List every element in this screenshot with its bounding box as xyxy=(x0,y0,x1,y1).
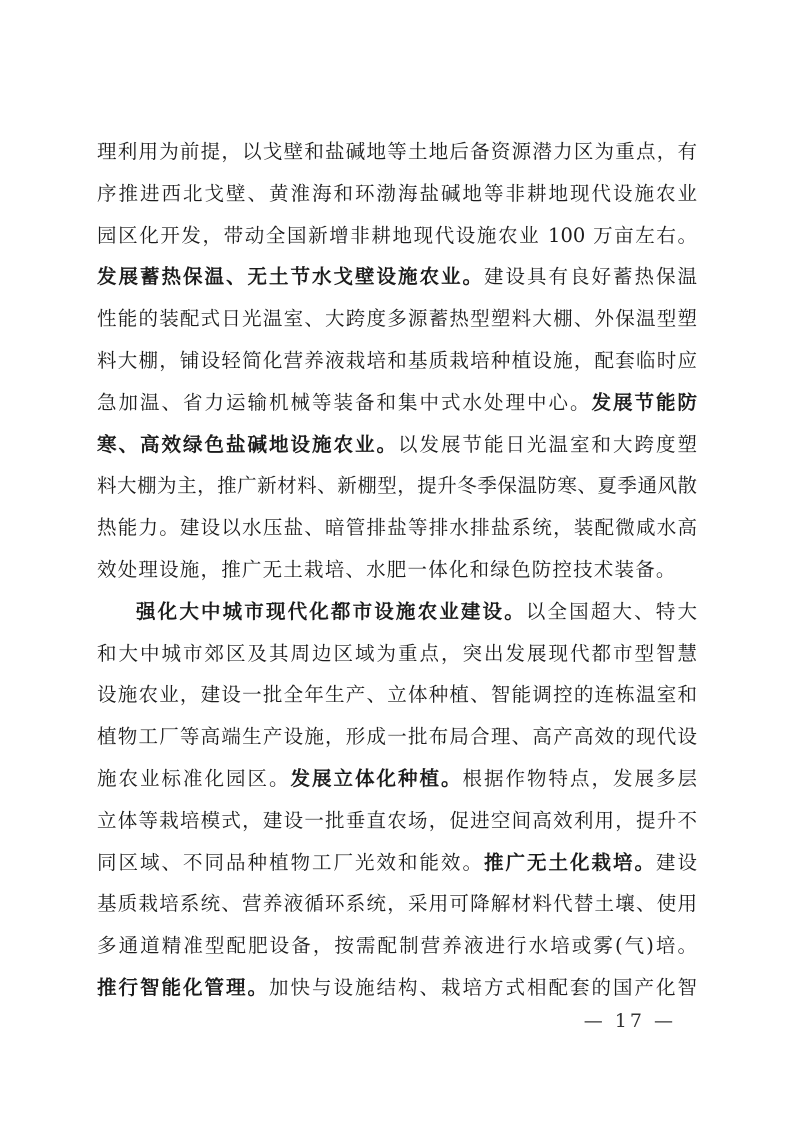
page-number-label: — 17 — xyxy=(584,1010,676,1032)
text-line: 施农业标准化园区。发展立体化种植。根据作物特点，发展多层 xyxy=(97,758,697,800)
body-text-segment: 以全国超大、特大 xyxy=(526,600,697,623)
body-text-segment: 和大中城市郊区及其周边区域为重点，突出发展现代都市型智慧 xyxy=(97,642,697,665)
body-text-segment: 建设 xyxy=(656,851,697,874)
text-line: 热能力。建设以水压盐、暗管排盐等排水排盐系统，装配微咸水高 xyxy=(97,507,697,549)
text-line: 强化大中城市现代化都市设施农业建设。以全国超大、特大 xyxy=(97,591,697,633)
text-line: 料大棚为主，推广新材料、新棚型，提升冬季保温防寒、夏季通风散 xyxy=(97,465,697,507)
body-text-segment: 以发展节能日光温室和大跨度塑 xyxy=(398,433,697,456)
text-line: 和大中城市郊区及其周边区域为重点，突出发展现代都市型智慧 xyxy=(97,633,697,675)
body-text-segment: 同区域、不同品种植物工厂光效和能效。 xyxy=(97,851,484,874)
body-text-segment: 热能力。建设以水压盐、暗管排盐等排水排盐系统，装配微咸水高 xyxy=(97,516,697,539)
document-page: 理利用为前提，以戈壁和盐碱地等土地后备资源潜力区为重点，有序推进西北戈壁、黄淮海… xyxy=(0,0,794,1123)
text-line: 性能的装配式日光温室、大跨度多源蓄热型塑料大棚、外保温型塑 xyxy=(97,298,697,340)
body-text-segment: 多通道精准型配肥设备，按需配制营养液进行水培或雾(气)培。 xyxy=(97,934,697,957)
body-text-segment: 序推进西北戈壁、黄淮海和环渤海盐碱地等非耕地现代设施农业 xyxy=(97,182,697,205)
text-line: 植物工厂等高端生产设施，形成一批布局合理、高产高效的现代设 xyxy=(97,716,697,758)
body-text-segment: 设施农业，建设一批全年生产、立体种植、智能调控的连栋温室和 xyxy=(97,683,697,706)
body-text-segment: 根据作物特点，发展多层 xyxy=(463,767,697,790)
body-text-segment: 效处理设施，推广无土栽培、水肥一体化和绿色防控技术装备。 xyxy=(97,558,677,581)
body-text-segment: 加快与设施结构、栽培方式相配套的国产化智 xyxy=(269,976,697,999)
emphasis-text-segment: 发展蓄热保温、无土节水戈壁设施农业。 xyxy=(97,265,484,288)
text-line: 料大棚，铺设轻简化营养液栽培和基质栽培种植设施，配套临时应 xyxy=(97,340,697,382)
emphasis-text-segment: 强化大中城市现代化都市设施农业建设。 xyxy=(136,600,526,623)
text-line: 设施农业，建设一批全年生产、立体种植、智能调控的连栋温室和 xyxy=(97,674,697,716)
emphasis-text-segment: 推广无土化栽培。 xyxy=(484,851,656,874)
emphasis-text-segment: 推行智能化管理。 xyxy=(97,976,269,999)
body-text-segment: 基质栽培系统、营养液循环系统，采用可降解材料代替土壤、使用 xyxy=(97,892,697,915)
body-text-segment: 植物工厂等高端生产设施，形成一批布局合理、高产高效的现代设 xyxy=(97,725,697,748)
body-text-segment: 立体等栽培模式，建设一批垂直农场，促进空间高效利用，提升不 xyxy=(97,809,697,832)
text-line: 效处理设施，推广无土栽培、水肥一体化和绿色防控技术装备。 xyxy=(97,549,697,591)
emphasis-text-segment: 发展立体化种植。 xyxy=(291,767,463,790)
body-text-segment: 性能的装配式日光温室、大跨度多源蓄热型塑料大棚、外保温型塑 xyxy=(97,307,697,330)
text-line: 发展蓄热保温、无土节水戈壁设施农业。建设具有良好蓄热保温 xyxy=(97,256,697,298)
text-line: 立体等栽培模式，建设一批垂直农场，促进空间高效利用，提升不 xyxy=(97,800,697,842)
body-text-segment: 急加温、省力运输机械等装备和集中式水处理中心。 xyxy=(97,391,591,414)
text-line: 序推进西北戈壁、黄淮海和环渤海盐碱地等非耕地现代设施农业 xyxy=(97,173,697,215)
body-text-block: 理利用为前提，以戈壁和盐碱地等土地后备资源潜力区为重点，有序推进西北戈壁、黄淮海… xyxy=(97,131,697,1009)
emphasis-text-segment: 发展节能防 xyxy=(591,391,697,414)
text-line: 理利用为前提，以戈壁和盐碱地等土地后备资源潜力区为重点，有 xyxy=(97,131,697,173)
page-number: — 17 — xyxy=(0,1010,794,1032)
body-text-segment: 理利用为前提，以戈壁和盐碱地等土地后备资源潜力区为重点，有 xyxy=(97,140,697,163)
text-line: 推行智能化管理。加快与设施结构、栽培方式相配套的国产化智 xyxy=(97,967,697,1009)
text-line: 多通道精准型配肥设备，按需配制营养液进行水培或雾(气)培。 xyxy=(97,925,697,967)
text-line: 基质栽培系统、营养液循环系统，采用可降解材料代替土壤、使用 xyxy=(97,883,697,925)
body-text-segment: 施农业标准化园区。 xyxy=(97,767,291,790)
text-line: 园区化开发，带动全国新增非耕地现代设施农业 100 万亩左右。 xyxy=(97,215,697,257)
body-text-segment: 料大棚为主，推广新材料、新棚型，提升冬季保温防寒、夏季通风散 xyxy=(97,474,697,497)
text-line: 寒、高效绿色盐碱地设施农业。以发展节能日光温室和大跨度塑 xyxy=(97,424,697,466)
body-text-segment: 料大棚，铺设轻简化营养液栽培和基质栽培种植设施，配套临时应 xyxy=(97,349,697,372)
body-text-segment: 园区化开发，带动全国新增非耕地现代设施农业 100 万亩左右。 xyxy=(97,224,697,247)
text-line: 同区域、不同品种植物工厂光效和能效。推广无土化栽培。建设 xyxy=(97,842,697,884)
body-text-segment: 建设具有良好蓄热保温 xyxy=(484,265,697,288)
emphasis-text-segment: 寒、高效绿色盐碱地设施农业。 xyxy=(97,433,398,456)
text-line: 急加温、省力运输机械等装备和集中式水处理中心。发展节能防 xyxy=(97,382,697,424)
